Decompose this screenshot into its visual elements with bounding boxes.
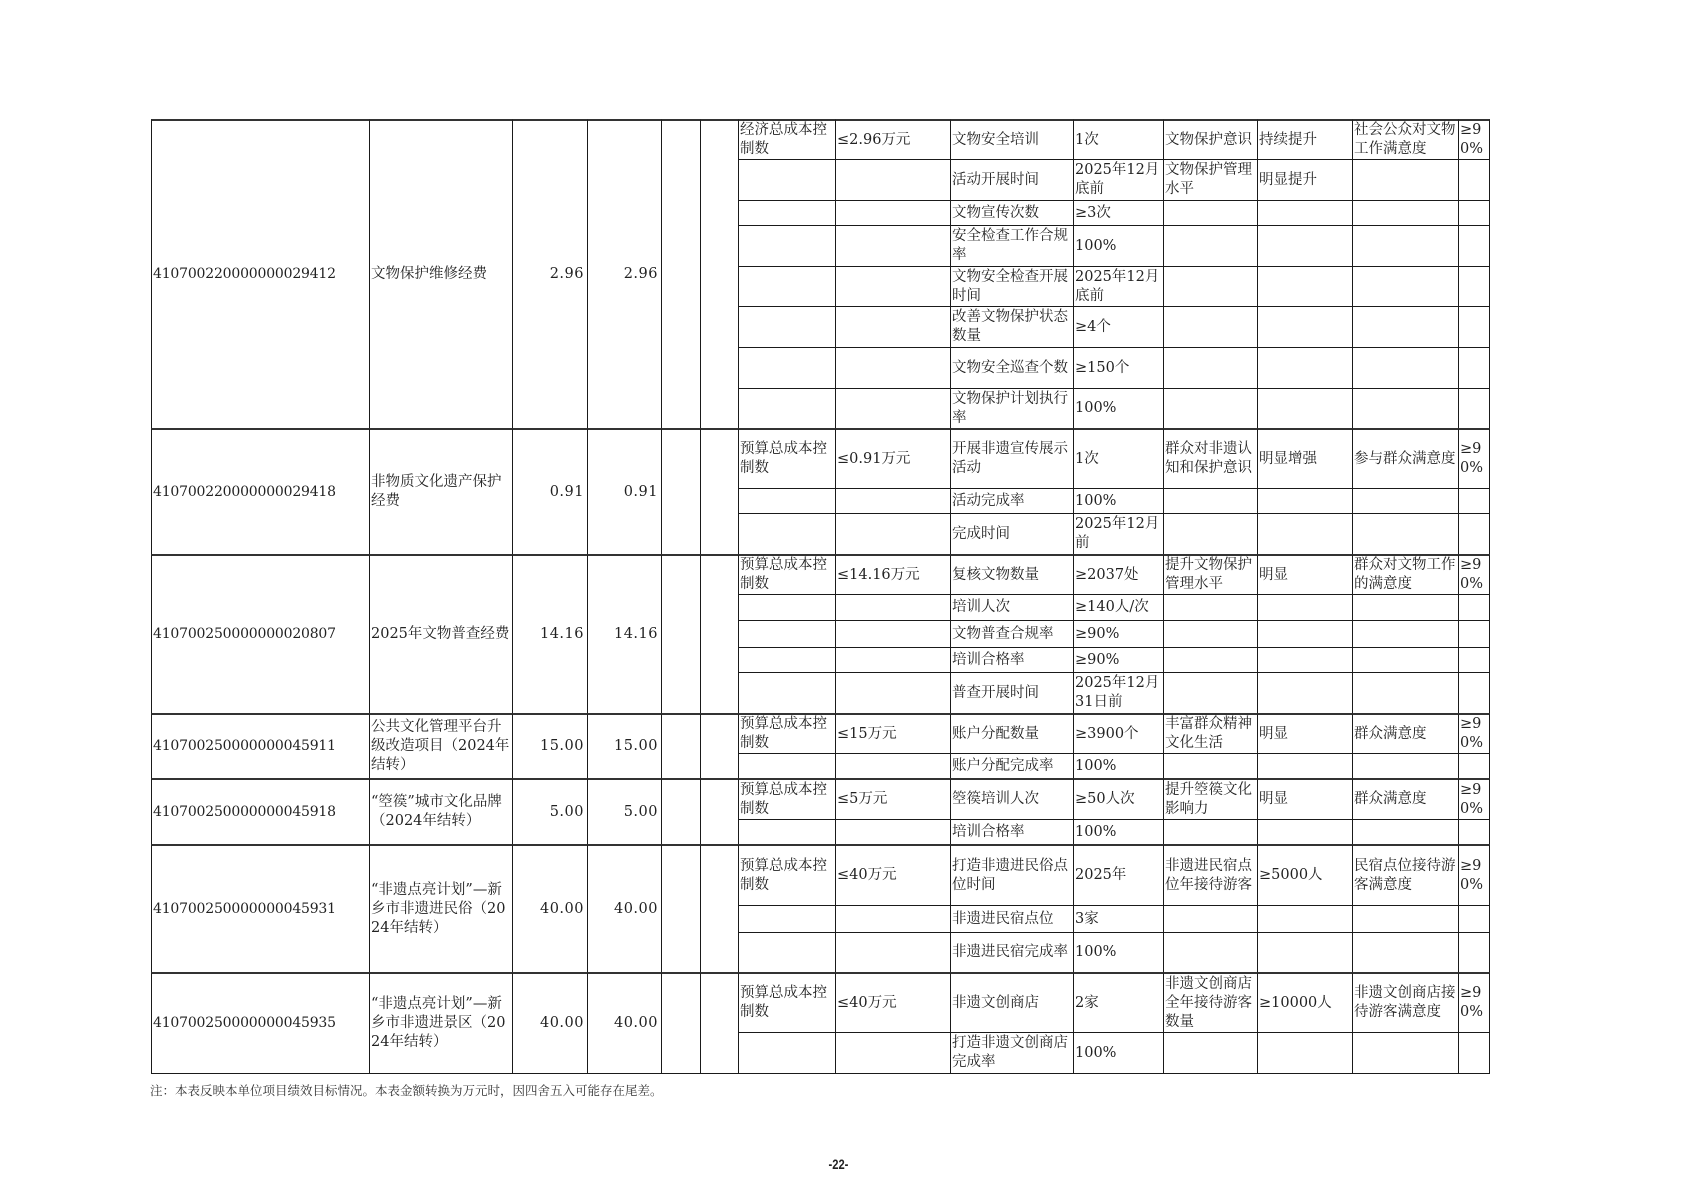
output-indicator-cell: 活动完成率: [950, 488, 1074, 514]
empty-cell: [700, 119, 739, 429]
effect-indicator-cell: [1163, 1032, 1258, 1074]
satisfaction-indicator-cell: [1352, 932, 1459, 973]
cost-indicator-cell: 预算总成本控制数: [738, 713, 836, 754]
effect-indicator-cell: 非遗文创商店全年接待游客数量: [1163, 972, 1258, 1033]
empty-cell: [661, 778, 701, 845]
cost-indicator-cell: 预算总成本控制数: [738, 844, 836, 906]
satisfaction-value-cell: ≥90%: [1458, 972, 1490, 1033]
effect-indicator-cell: [1163, 347, 1258, 389]
effect-value-cell: 明显: [1257, 554, 1353, 595]
satisfaction-indicator-cell: [1352, 159, 1459, 201]
cost-indicator-cell: [738, 1032, 836, 1074]
project-code-cell: 410700250000000020807: [151, 554, 370, 714]
effect-value-cell: 明显提升: [1257, 159, 1353, 201]
project-name-cell: “非遗点亮计划”—新乡市非遗进民俗（2024年结转）: [369, 844, 513, 973]
effect-value-cell: [1257, 647, 1353, 673]
satisfaction-indicator-cell: [1352, 594, 1459, 621]
effect-value-cell: [1257, 932, 1353, 973]
output-indicator-cell: 账户分配数量: [950, 713, 1074, 754]
cost-value-cell: [835, 620, 951, 648]
cost-value-cell: [835, 306, 951, 348]
project-amount-cell: 2.96: [512, 119, 588, 429]
project-name-cell: “非遗点亮计划”—新乡市非遗进景区（2024年结转）: [369, 972, 513, 1074]
cost-value-cell: [835, 347, 951, 389]
output-value-cell: 100%: [1073, 819, 1164, 845]
project-amount-cell: 5.00: [512, 778, 588, 845]
cost-value-cell: [835, 753, 951, 779]
cost-value-cell: ≤40万元: [835, 972, 951, 1033]
output-indicator-cell: 培训人次: [950, 594, 1074, 621]
effect-indicator-cell: [1163, 905, 1258, 933]
table-footnote: 注：本表反映本单位项目绩效目标情况。本表金额转换为万元时，因四舍五入可能存在尾差…: [150, 1081, 663, 1099]
effect-value-cell: [1257, 513, 1353, 555]
cost-indicator-cell: [738, 488, 836, 514]
effect-indicator-cell: [1163, 200, 1258, 226]
project-budget-cell: 40.00: [587, 844, 662, 973]
output-value-cell: 100%: [1073, 488, 1164, 514]
output-value-cell: ≥4个: [1073, 306, 1164, 348]
empty-cell: [661, 428, 701, 555]
satisfaction-value-cell: [1458, 388, 1490, 429]
cost-indicator-cell: 预算总成本控制数: [738, 554, 836, 595]
cost-indicator-cell: [738, 672, 836, 714]
cost-indicator-cell: [738, 513, 836, 555]
effect-value-cell: [1257, 1032, 1353, 1074]
satisfaction-indicator-cell: [1352, 672, 1459, 714]
cost-indicator-cell: 预算总成本控制数: [738, 972, 836, 1033]
effect-indicator-cell: [1163, 513, 1258, 555]
output-indicator-cell: 复核文物数量: [950, 554, 1074, 595]
page-number: -22-: [828, 1156, 848, 1172]
effect-value-cell: [1257, 266, 1353, 307]
cost-indicator-cell: 预算总成本控制数: [738, 428, 836, 489]
effect-value-cell: [1257, 672, 1353, 714]
satisfaction-value-cell: [1458, 1032, 1490, 1074]
project-name-cell: 2025年文物普查经费: [369, 554, 513, 714]
satisfaction-indicator-cell: 社会公众对文物工作满意度: [1352, 119, 1459, 160]
cost-value-cell: [835, 819, 951, 845]
output-indicator-cell: 改善文物保护状态数量: [950, 306, 1074, 348]
effect-value-cell: [1257, 306, 1353, 348]
cost-value-cell: [835, 905, 951, 933]
cost-indicator-cell: [738, 306, 836, 348]
cost-value-cell: [835, 932, 951, 973]
effect-value-cell: ≥5000人: [1257, 844, 1353, 906]
effect-value-cell: [1257, 819, 1353, 845]
output-indicator-cell: 文物安全培训: [950, 119, 1074, 160]
effect-indicator-cell: [1163, 594, 1258, 621]
cost-indicator-cell: [738, 819, 836, 845]
output-indicator-cell: 培训合格率: [950, 647, 1074, 673]
output-indicator-cell: 箜篌培训人次: [950, 778, 1074, 820]
cost-indicator-cell: [738, 753, 836, 779]
cost-indicator-cell: [738, 594, 836, 621]
output-value-cell: 100%: [1073, 932, 1164, 973]
satisfaction-value-cell: [1458, 200, 1490, 226]
output-value-cell: 100%: [1073, 1032, 1164, 1074]
satisfaction-indicator-cell: 群众满意度: [1352, 713, 1459, 754]
satisfaction-indicator-cell: [1352, 1032, 1459, 1074]
effect-indicator-cell: [1163, 488, 1258, 514]
effect-indicator-cell: [1163, 225, 1258, 267]
output-indicator-cell: 文物安全检查开展时间: [950, 266, 1074, 307]
output-value-cell: 1次: [1073, 428, 1164, 489]
empty-cell: [661, 844, 701, 973]
cost-value-cell: ≤5万元: [835, 778, 951, 820]
effect-indicator-cell: [1163, 647, 1258, 673]
effect-value-cell: [1257, 905, 1353, 933]
satisfaction-indicator-cell: 参与群众满意度: [1352, 428, 1459, 489]
empty-cell: [661, 972, 701, 1074]
output-indicator-cell: 打造非遗进民俗点位时间: [950, 844, 1074, 906]
effect-value-cell: [1257, 620, 1353, 648]
empty-cell: [661, 713, 701, 779]
empty-cell: [700, 428, 739, 555]
satisfaction-value-cell: [1458, 225, 1490, 267]
cost-value-cell: ≤0.91万元: [835, 428, 951, 489]
satisfaction-indicator-cell: [1352, 306, 1459, 348]
effect-value-cell: [1257, 594, 1353, 621]
cost-indicator-cell: [738, 225, 836, 267]
project-code-cell: 410700220000000029412: [151, 119, 370, 429]
effect-indicator-cell: [1163, 266, 1258, 307]
effect-indicator-cell: 提升箜篌文化影响力: [1163, 778, 1258, 820]
output-indicator-cell: 非遗文创商店: [950, 972, 1074, 1033]
effect-indicator-cell: 丰富群众精神文化生活: [1163, 713, 1258, 754]
cost-indicator-cell: [738, 200, 836, 226]
cost-value-cell: [835, 388, 951, 429]
satisfaction-value-cell: [1458, 647, 1490, 673]
cost-value-cell: ≤15万元: [835, 713, 951, 754]
cost-value-cell: [835, 647, 951, 673]
cost-indicator-cell: [738, 388, 836, 429]
performance-target-table: 410700220000000029412文物保护维修经费2.962.96经济总…: [0, 0, 1684, 1190]
output-value-cell: ≥3次: [1073, 200, 1164, 226]
satisfaction-value-cell: [1458, 594, 1490, 621]
output-value-cell: 100%: [1073, 388, 1164, 429]
project-amount-cell: 15.00: [512, 713, 588, 779]
project-budget-cell: 0.91: [587, 428, 662, 555]
output-value-cell: ≥150个: [1073, 347, 1164, 389]
project-amount-cell: 40.00: [512, 844, 588, 973]
output-value-cell: 2025年12月底前: [1073, 159, 1164, 201]
project-amount-cell: 40.00: [512, 972, 588, 1074]
satisfaction-indicator-cell: [1352, 488, 1459, 514]
output-value-cell: ≥90%: [1073, 647, 1164, 673]
cost-value-cell: [835, 594, 951, 621]
output-value-cell: 3家: [1073, 905, 1164, 933]
satisfaction-indicator-cell: [1352, 620, 1459, 648]
output-indicator-cell: 安全检查工作合规率: [950, 225, 1074, 267]
output-indicator-cell: 完成时间: [950, 513, 1074, 555]
cost-value-cell: ≤2.96万元: [835, 119, 951, 160]
satisfaction-indicator-cell: 非遗文创商店接待游客满意度: [1352, 972, 1459, 1033]
satisfaction-value-cell: ≥90%: [1458, 844, 1490, 906]
output-indicator-cell: 文物普查合规率: [950, 620, 1074, 648]
output-indicator-cell: 文物保护计划执行率: [950, 388, 1074, 429]
cost-indicator-cell: [738, 620, 836, 648]
effect-value-cell: 持续提升: [1257, 119, 1353, 160]
satisfaction-value-cell: [1458, 306, 1490, 348]
project-amount-cell: 0.91: [512, 428, 588, 555]
cost-indicator-cell: [738, 347, 836, 389]
satisfaction-indicator-cell: 民宿点位接待游客满意度: [1352, 844, 1459, 906]
effect-indicator-cell: [1163, 753, 1258, 779]
project-code-cell: 410700250000000045911: [151, 713, 370, 779]
effect-value-cell: [1257, 347, 1353, 389]
output-value-cell: 1次: [1073, 119, 1164, 160]
satisfaction-value-cell: ≥90%: [1458, 554, 1490, 595]
satisfaction-value-cell: ≥90%: [1458, 119, 1490, 160]
output-indicator-cell: 培训合格率: [950, 819, 1074, 845]
satisfaction-indicator-cell: [1352, 905, 1459, 933]
output-value-cell: ≥90%: [1073, 620, 1164, 648]
effect-value-cell: [1257, 753, 1353, 779]
output-value-cell: 2025年12月31日前: [1073, 672, 1164, 714]
cost-indicator-cell: 预算总成本控制数: [738, 778, 836, 820]
satisfaction-indicator-cell: [1352, 753, 1459, 779]
cost-value-cell: [835, 1032, 951, 1074]
satisfaction-indicator-cell: [1352, 647, 1459, 673]
satisfaction-indicator-cell: [1352, 347, 1459, 389]
output-value-cell: ≥50人次: [1073, 778, 1164, 820]
cost-value-cell: [835, 159, 951, 201]
effect-value-cell: ≥10000人: [1257, 972, 1353, 1033]
cost-indicator-cell: [738, 159, 836, 201]
effect-value-cell: 明显: [1257, 778, 1353, 820]
empty-cell: [661, 554, 701, 714]
output-indicator-cell: 文物宣传次数: [950, 200, 1074, 226]
output-value-cell: 100%: [1073, 225, 1164, 267]
output-indicator-cell: 开展非遗宣传展示活动: [950, 428, 1074, 489]
effect-indicator-cell: 文物保护管理水平: [1163, 159, 1258, 201]
cost-value-cell: [835, 488, 951, 514]
project-budget-cell: 15.00: [587, 713, 662, 779]
satisfaction-value-cell: [1458, 620, 1490, 648]
empty-cell: [700, 778, 739, 845]
satisfaction-value-cell: [1458, 905, 1490, 933]
empty-cell: [700, 972, 739, 1074]
satisfaction-indicator-cell: [1352, 266, 1459, 307]
satisfaction-indicator-cell: 群众对文物工作的满意度: [1352, 554, 1459, 595]
effect-indicator-cell: [1163, 932, 1258, 973]
satisfaction-value-cell: [1458, 488, 1490, 514]
satisfaction-indicator-cell: [1352, 513, 1459, 555]
satisfaction-value-cell: ≥90%: [1458, 778, 1490, 820]
effect-indicator-cell: [1163, 620, 1258, 648]
effect-indicator-cell: [1163, 306, 1258, 348]
effect-value-cell: [1257, 225, 1353, 267]
empty-cell: [700, 844, 739, 973]
empty-cell: [700, 554, 739, 714]
effect-indicator-cell: 提升文物保护管理水平: [1163, 554, 1258, 595]
satisfaction-value-cell: ≥90%: [1458, 713, 1490, 754]
project-code-cell: 410700250000000045931: [151, 844, 370, 973]
effect-indicator-cell: 非遗进民宿点位年接待游客: [1163, 844, 1258, 906]
output-value-cell: ≥3900个: [1073, 713, 1164, 754]
cost-value-cell: [835, 200, 951, 226]
project-amount-cell: 14.16: [512, 554, 588, 714]
cost-value-cell: [835, 672, 951, 714]
satisfaction-value-cell: [1458, 672, 1490, 714]
satisfaction-indicator-cell: [1352, 388, 1459, 429]
project-budget-cell: 40.00: [587, 972, 662, 1074]
project-name-cell: 非物质文化遗产保护经费: [369, 428, 513, 555]
project-code-cell: 410700220000000029418: [151, 428, 370, 555]
satisfaction-value-cell: [1458, 347, 1490, 389]
output-value-cell: ≥2037处: [1073, 554, 1164, 595]
empty-cell: [700, 713, 739, 779]
output-indicator-cell: 活动开展时间: [950, 159, 1074, 201]
cost-indicator-cell: [738, 932, 836, 973]
project-name-cell: 公共文化管理平台升级改造项目（2024年结转）: [369, 713, 513, 779]
satisfaction-value-cell: [1458, 753, 1490, 779]
satisfaction-value-cell: ≥90%: [1458, 428, 1490, 489]
output-indicator-cell: 账户分配完成率: [950, 753, 1074, 779]
effect-value-cell: 明显: [1257, 713, 1353, 754]
output-indicator-cell: 文物安全巡查个数: [950, 347, 1074, 389]
project-name-cell: “箜篌”城市文化品牌（2024年结转）: [369, 778, 513, 845]
project-budget-cell: 5.00: [587, 778, 662, 845]
project-code-cell: 410700250000000045935: [151, 972, 370, 1074]
satisfaction-indicator-cell: 群众满意度: [1352, 778, 1459, 820]
satisfaction-value-cell: [1458, 819, 1490, 845]
effect-value-cell: [1257, 200, 1353, 226]
satisfaction-value-cell: [1458, 266, 1490, 307]
satisfaction-value-cell: [1458, 932, 1490, 973]
cost-value-cell: ≤14.16万元: [835, 554, 951, 595]
output-value-cell: 2025年: [1073, 844, 1164, 906]
output-value-cell: 2025年12月底前: [1073, 266, 1164, 307]
effect-value-cell: 明显增强: [1257, 428, 1353, 489]
satisfaction-indicator-cell: [1352, 819, 1459, 845]
cost-value-cell: [835, 225, 951, 267]
effect-value-cell: [1257, 388, 1353, 429]
cost-value-cell: ≤40万元: [835, 844, 951, 906]
project-code-cell: 410700250000000045918: [151, 778, 370, 845]
effect-indicator-cell: [1163, 388, 1258, 429]
effect-indicator-cell: 文物保护意识: [1163, 119, 1258, 160]
effect-value-cell: [1257, 488, 1353, 514]
project-budget-cell: 14.16: [587, 554, 662, 714]
output-value-cell: 100%: [1073, 753, 1164, 779]
output-indicator-cell: 非遗进民宿点位: [950, 905, 1074, 933]
cost-indicator-cell: [738, 266, 836, 307]
effect-indicator-cell: [1163, 672, 1258, 714]
satisfaction-indicator-cell: [1352, 200, 1459, 226]
cost-value-cell: [835, 513, 951, 555]
empty-cell: [661, 119, 701, 429]
cost-indicator-cell: [738, 647, 836, 673]
satisfaction-value-cell: [1458, 513, 1490, 555]
output-indicator-cell: 非遗进民宿完成率: [950, 932, 1074, 973]
output-indicator-cell: 打造非遗文创商店完成率: [950, 1032, 1074, 1074]
output-value-cell: 2025年12月前: [1073, 513, 1164, 555]
cost-indicator-cell: 经济总成本控制数: [738, 119, 836, 160]
effect-indicator-cell: 群众对非遗认知和保护意识: [1163, 428, 1258, 489]
cost-indicator-cell: [738, 905, 836, 933]
output-indicator-cell: 普查开展时间: [950, 672, 1074, 714]
output-value-cell: 2家: [1073, 972, 1164, 1033]
satisfaction-indicator-cell: [1352, 225, 1459, 267]
effect-indicator-cell: [1163, 819, 1258, 845]
project-budget-cell: 2.96: [587, 119, 662, 429]
project-name-cell: 文物保护维修经费: [369, 119, 513, 429]
cost-value-cell: [835, 266, 951, 307]
satisfaction-value-cell: [1458, 159, 1490, 201]
output-value-cell: ≥140人/次: [1073, 594, 1164, 621]
